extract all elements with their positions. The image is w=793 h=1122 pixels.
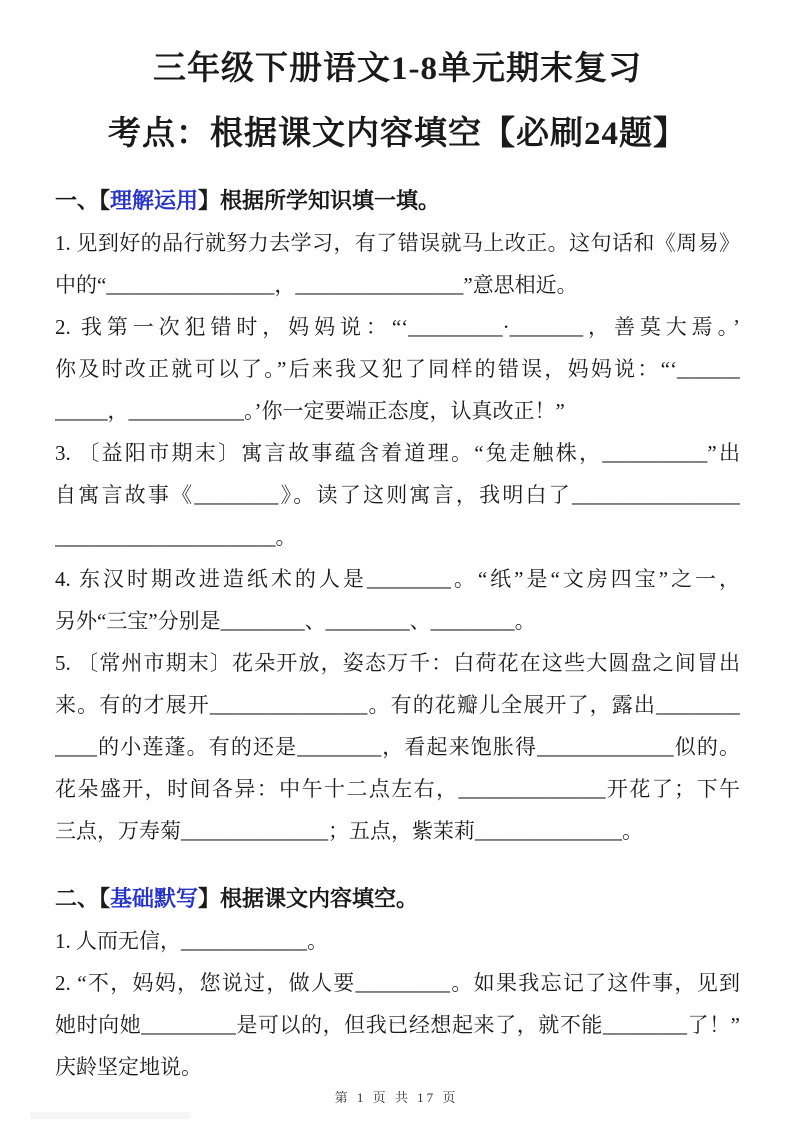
question-line: 1. 见到好的品行就努力去学习，有了错误就马上改正。这句话和《周易》 bbox=[55, 222, 740, 264]
question-line: 3. 〔益阳市期末〕寓言故事蕴含着道理。“兔走触株，__________”出 bbox=[55, 432, 740, 474]
question-line: ____的小莲蓬。有的还是________，看起来饱胀得____________… bbox=[55, 726, 740, 768]
section-2-tag: 基础默写 bbox=[110, 886, 198, 911]
question-line: 来。有的才展开_______________。有的花瓣儿全展开了，露出_____… bbox=[55, 684, 740, 726]
question-line: 庆龄坚定地说。 bbox=[55, 1046, 740, 1088]
question-line: 花朵盛开，时间各异：中午十二点左右，______________开花了；下午 bbox=[55, 768, 740, 810]
question-line: _____________________。 bbox=[55, 516, 740, 558]
question-line: 她时向她_________是可以的，但我已经想起来了，就不能________了！… bbox=[55, 1004, 740, 1046]
page-subtitle: 考点：根据课文内容填空【必刷24题】 bbox=[55, 115, 740, 155]
section-2-number: 二、【 bbox=[55, 886, 110, 911]
question-line: 三点，万寿菊______________；五点，紫茉莉_____________… bbox=[55, 810, 740, 852]
question-line: 5. 〔常州市期末〕花朵开放，姿态万千：白荷花在这些大圆盘之间冒出 bbox=[55, 642, 740, 684]
section-1-tag: 理解运用 bbox=[110, 188, 198, 213]
question-line: 另外“三宝”分别是________、________、________。 bbox=[55, 600, 740, 642]
page-content: 三年级下册语文1-8单元期末复习 考点：根据课文内容填空【必刷24题】 一、【理… bbox=[55, 0, 740, 1088]
question-line: 你及时改正就可以了。”后来我又犯了同样的错误，妈妈说：“‘______ bbox=[55, 348, 740, 390]
scan-artifact bbox=[30, 1112, 190, 1119]
question-line: 4. 东汉时期改进造纸术的人是________。“纸”是“文房四宝”之一， bbox=[55, 558, 740, 600]
section-heading-2: 二、【基础默写】根据课文内容填空。 bbox=[55, 878, 740, 920]
section-1-number: 一、【 bbox=[55, 188, 110, 213]
section-1-instruction: 】根据所学知识填一填。 bbox=[198, 188, 440, 213]
page-title: 三年级下册语文1-8单元期末复习 bbox=[55, 50, 740, 90]
question-line: 2. 我第一次犯错时，妈妈说：“‘_________·_______，善莫大焉。… bbox=[55, 306, 740, 348]
question-line: 自寓言故事《________》。读了这则寓言，我明白了_____________… bbox=[55, 474, 740, 516]
section-heading-1: 一、【理解运用】根据所学知识填一填。 bbox=[55, 180, 740, 222]
footer-page-number: 第 1 页 共 17 页 bbox=[0, 1087, 793, 1106]
worksheet-page: 三年级下册语文1-8单元期末复习 考点：根据课文内容填空【必刷24题】 一、【理… bbox=[0, 0, 793, 1122]
question-line: _____，___________。’你一定要端正态度，认真改正！” bbox=[55, 390, 740, 432]
question-line: 1. 人而无信，____________。 bbox=[55, 920, 740, 962]
question-line: 中的“________________，________________”意思相… bbox=[55, 264, 740, 306]
question-line: 2. “不，妈妈，您说过，做人要_________。如果我忘记了这件事，见到 bbox=[55, 962, 740, 1004]
section-2-instruction: 】根据课文内容填空。 bbox=[198, 886, 418, 911]
